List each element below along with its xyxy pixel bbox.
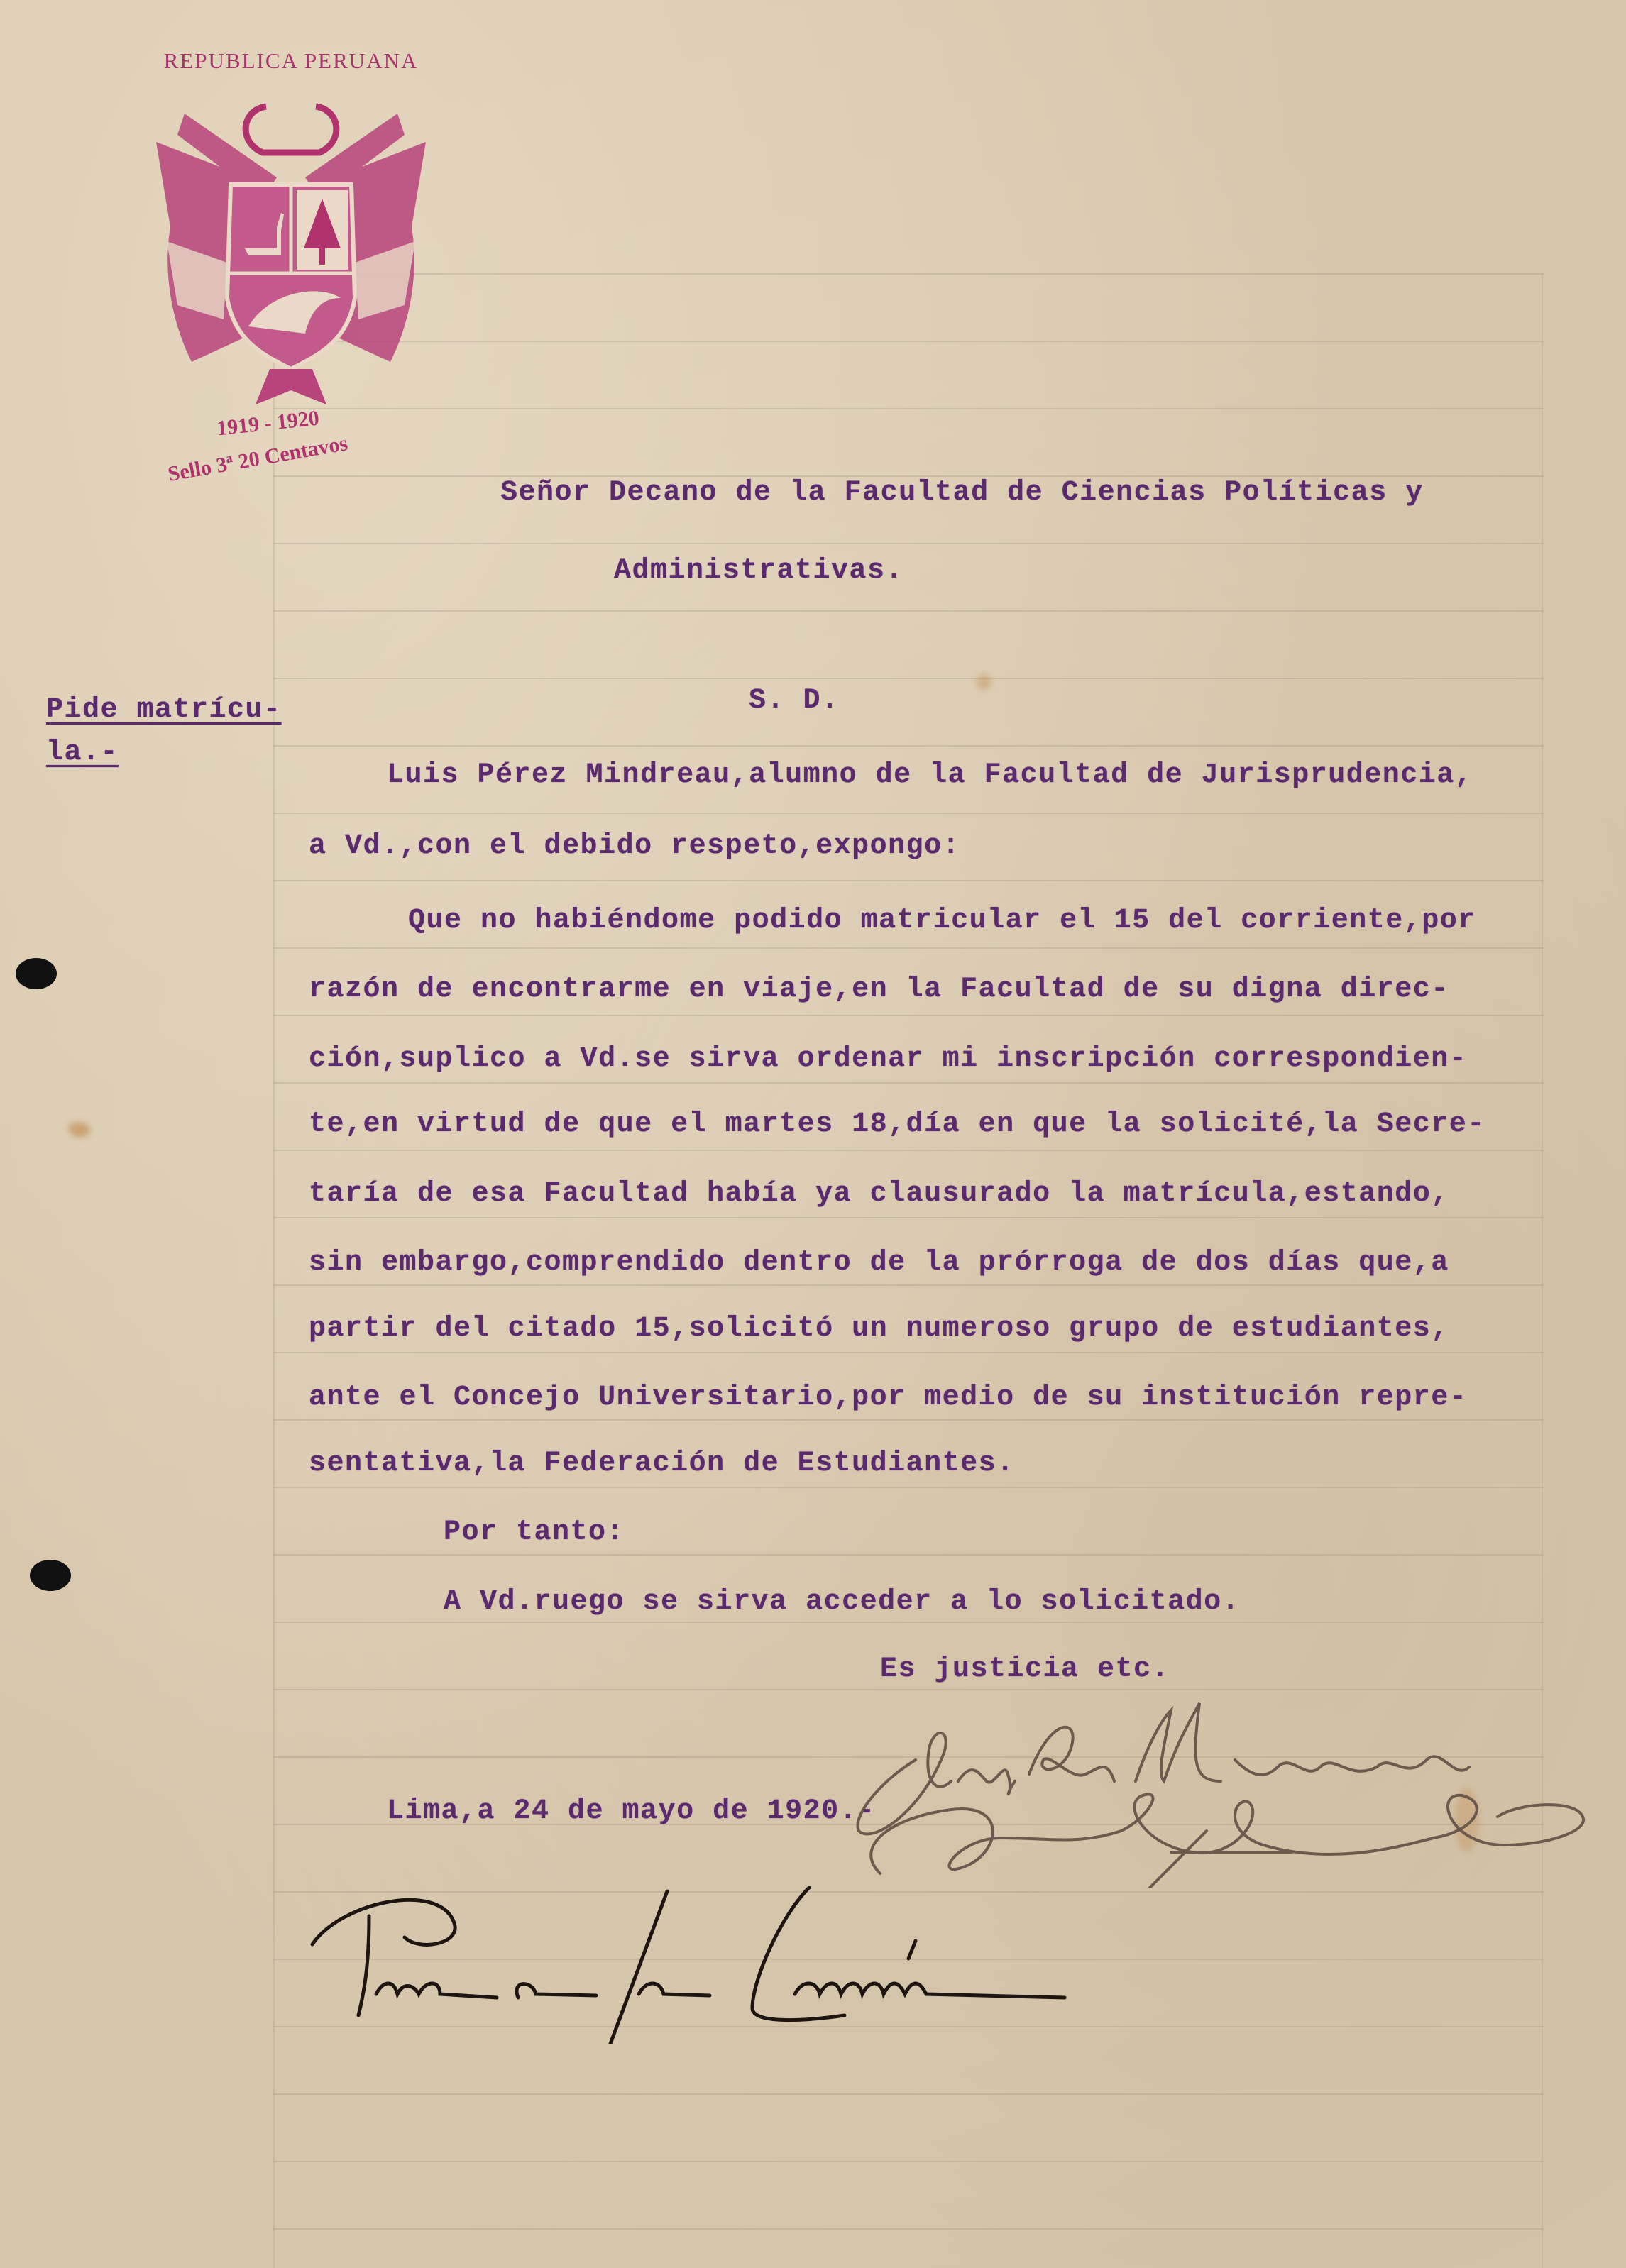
addressee-line-2: Administrativas. xyxy=(614,555,903,587)
salutation: S. D. xyxy=(749,685,840,717)
closing-heading: Por tanto: xyxy=(444,1516,625,1548)
foxing-stain xyxy=(976,674,991,690)
body-line: ante el Concejo Universitario,por medio … xyxy=(309,1382,1467,1414)
punch-hole xyxy=(30,1560,71,1591)
body-line: a Vd.,con el debido respeto,expongo: xyxy=(309,830,960,862)
peru-coat-of-arms-icon xyxy=(142,85,440,419)
body-line: Luis Pérez Mindreau,alumno de la Faculta… xyxy=(387,759,1473,791)
body-line: ción,suplico a Vd.se sirva ordenar mi in… xyxy=(309,1043,1467,1075)
signature-luis-perez-mindreau: Luis Pérez Mindreau xyxy=(837,1675,1604,1888)
margin-note-line-1: Pide matrícu- xyxy=(46,694,282,726)
handwritten-decree: Pase a la Comisión xyxy=(298,1873,1377,2044)
margin-note-line-2: la.- xyxy=(46,737,119,769)
letterhead-title: REPUBLICA PERUANA xyxy=(163,48,419,74)
body-line: sin embargo,comprendido dentro de la pró… xyxy=(309,1247,1449,1279)
body-line: sentativa,la Federación de Estudiantes. xyxy=(309,1448,1015,1480)
place-and-date: Lima,a 24 de mayo de 1920.- xyxy=(387,1795,876,1827)
body-line: razón de encontrarme en viaje,en la Facu… xyxy=(309,974,1449,1006)
body-line: Que no habiéndome podido matricular el 1… xyxy=(408,905,1476,937)
foxing-stain xyxy=(71,1125,91,1138)
body-line: te,en virtud de que el martes 18,día en … xyxy=(309,1108,1485,1140)
body-line: partir del citado 15,solicitó un numeros… xyxy=(309,1313,1449,1345)
seal-value: Sello 3ª 20 Centavos xyxy=(166,431,350,487)
body-line: taría de esa Facultad había ya clausurad… xyxy=(309,1178,1449,1210)
punch-hole xyxy=(16,958,57,989)
letterhead-seal: REPUBLICA PERUANA 1919 xyxy=(135,43,447,497)
request-line: A Vd.ruego se sirva acceder a lo solicit… xyxy=(444,1586,1240,1618)
addressee-line-1: Señor Decano de la Facultad de Ciencias … xyxy=(500,477,1424,509)
